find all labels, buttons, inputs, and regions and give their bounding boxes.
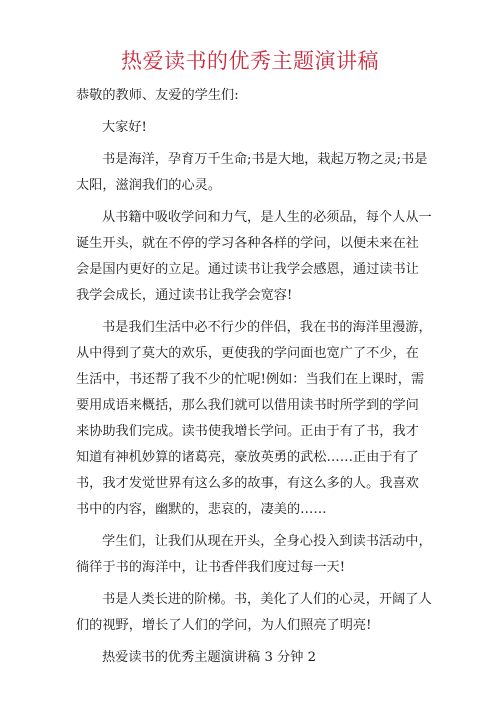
document-page: 热爱读书的优秀主题演讲稿 恭敬的教师、友爱的学生们: 大家好! 书是海洋，孕育万… — [0, 0, 500, 707]
paragraph-knowledge: 从书籍中吸收学问和力气，是人生的必须品，每个人从一诞生开头，就在不停的学习各种各… — [76, 205, 432, 309]
document-body: 恭敬的教师、友爱的学生们: 大家好! 书是海洋，孕育万千生命;书是大地，栽起万物… — [76, 83, 432, 677]
paragraph-call-to-action: 学生们，让我们从现在开头，全身心投入到读书活动中，徜徉于书的海洋中，让书香伴我们… — [76, 529, 432, 581]
paragraph-book-metaphor: 书是海洋，孕育万千生命;书是大地，栽起万物之灵;书是太阳，滋润我们的心灵。 — [76, 147, 432, 199]
salutation: 恭敬的教师、友爱的学生们: — [76, 83, 432, 109]
document-title: 热爱读书的优秀主题演讲稿 — [0, 47, 500, 75]
paragraph-greeting: 大家好! — [76, 115, 432, 141]
section-heading-2: 热爱读书的优秀主题演讲稿 3 分钟 2 — [76, 645, 432, 671]
paragraph-companion: 书是我们生活中必不行少的伴侣，我在书的海洋里漫游，从中得到了莫大的欢乐，更使我的… — [76, 315, 432, 523]
paragraph-ladder: 书是人类长进的阶梯。书，美化了人们的心灵，开阔了人们的视野，增长了人们的学问，为… — [76, 587, 432, 639]
